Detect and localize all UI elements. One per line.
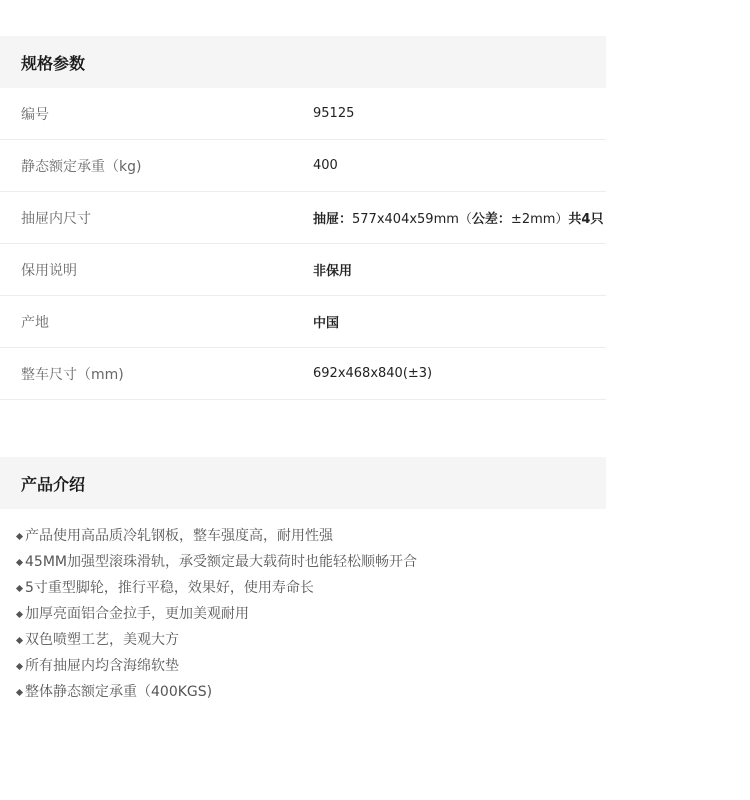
- diamond-bullet-icon: [16, 610, 23, 617]
- spec-row-drawer-size: 抽屉内尺寸 抽屉：577x404x59mm（公差：±2mm）共4只: [0, 192, 606, 244]
- diamond-bullet-icon: [16, 584, 23, 591]
- list-item-text: 5寸重型脚轮，推行平稳，效果好，使用寿命长: [25, 575, 314, 601]
- diamond-bullet-icon: [16, 662, 23, 669]
- intro-title: 产品介绍: [0, 457, 606, 509]
- specs-title: 规格参数: [0, 36, 606, 88]
- spec-row-warranty: 保用说明 非保用: [0, 244, 606, 296]
- spec-value: 抽屉：577x404x59mm（公差：±2mm）共4只: [313, 208, 603, 227]
- spec-label: 抽屉内尺寸: [0, 208, 313, 228]
- drawer-prefix: 抽屉：: [313, 212, 352, 227]
- drawer-count: 共4只: [568, 212, 603, 227]
- diamond-bullet-icon: [16, 558, 23, 565]
- list-item: 加厚亮面铝合金拉手，更加美观耐用: [16, 601, 606, 627]
- spec-label: 静态额定承重（kg): [0, 156, 313, 176]
- list-item: 所有抽屉内均含海绵软垫: [16, 653, 606, 679]
- spec-label: 整车尺寸（mm): [0, 364, 313, 384]
- list-item: 45MM加强型滚珠滑轨，承受额定最大载荷时也能轻松顺畅开合: [16, 549, 606, 575]
- list-item-text: 双色喷塑工艺，美观大方: [25, 627, 179, 653]
- intro-list: 产品使用高品质冷轧钢板，整车强度高，耐用性强 45MM加强型滚珠滑轨，承受额定最…: [0, 509, 606, 705]
- spec-value: 中国: [313, 312, 339, 331]
- list-item: 双色喷塑工艺，美观大方: [16, 627, 606, 653]
- diamond-bullet-icon: [16, 532, 23, 539]
- list-item: 整体静态额定承重（400KGS): [16, 679, 606, 705]
- spec-value: 400: [313, 158, 338, 173]
- drawer-dimensions: 577x404x59mm（: [352, 212, 472, 227]
- list-item-text: 加厚亮面铝合金拉手，更加美观耐用: [25, 601, 249, 627]
- spec-label: 编号: [0, 104, 313, 124]
- spec-label: 保用说明: [0, 260, 313, 280]
- spec-row-origin: 产地 中国: [0, 296, 606, 348]
- list-item: 5寸重型脚轮，推行平稳，效果好，使用寿命长: [16, 575, 606, 601]
- spec-value: 95125: [313, 106, 354, 121]
- list-item-text: 所有抽屉内均含海绵软垫: [25, 653, 179, 679]
- spec-row-code: 编号 95125: [0, 88, 606, 140]
- list-item-text: 45MM加强型滚珠滑轨，承受额定最大载荷时也能轻松顺畅开合: [25, 549, 417, 575]
- list-item: 产品使用高品质冷轧钢板，整车强度高，耐用性强: [16, 523, 606, 549]
- spec-row-static-load: 静态额定承重（kg) 400: [0, 140, 606, 192]
- tolerance-label: 公差：: [472, 212, 511, 227]
- intro-section: 产品介绍 产品使用高品质冷轧钢板，整车强度高，耐用性强 45MM加强型滚珠滑轨，…: [0, 457, 606, 705]
- diamond-bullet-icon: [16, 688, 23, 695]
- spec-row-overall-size: 整车尺寸（mm) 692x468x840(±3): [0, 348, 606, 400]
- spec-value: 非保用: [313, 260, 352, 279]
- specs-section: 规格参数 编号 95125 静态额定承重（kg) 400 抽屉内尺寸 抽屉：57…: [0, 36, 606, 400]
- list-item-text: 整体静态额定承重（400KGS): [25, 679, 212, 705]
- spec-label: 产地: [0, 312, 313, 332]
- list-item-text: 产品使用高品质冷轧钢板，整车强度高，耐用性强: [25, 523, 333, 549]
- tolerance-value: ±2mm）: [511, 212, 569, 227]
- spec-value: 692x468x840(±3): [313, 366, 432, 381]
- diamond-bullet-icon: [16, 636, 23, 643]
